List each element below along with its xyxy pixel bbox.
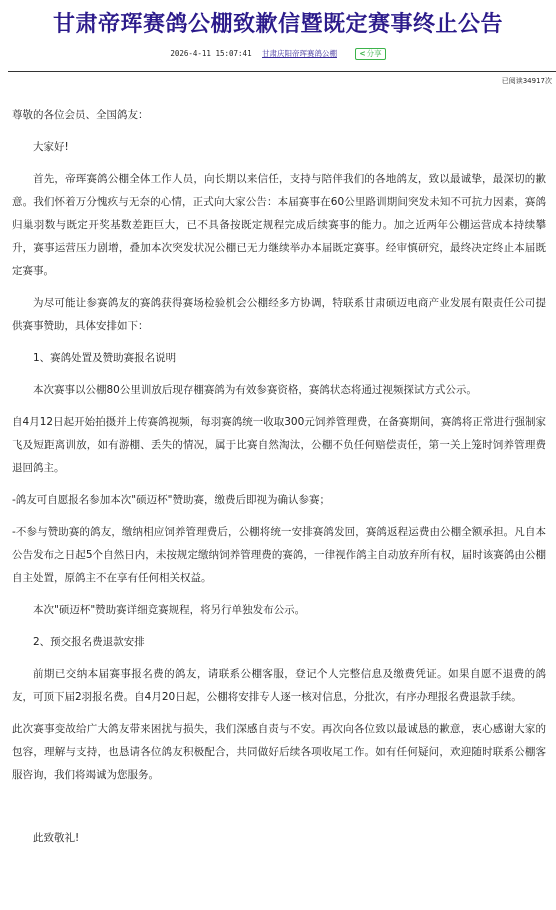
paragraph-closing-apology: 此次赛事变故给广大鸽友带来困扰与损失，我们深感自责与不安。再次向各位致以最诚恳的… [12, 718, 546, 787]
article-body: 尊敬的各位会员、全国鸽友： 大家好! 首先，帝珲赛鸽公棚全体工作人员，向长期以来… [12, 104, 546, 859]
paragraph-video-fee: 自4月12日起开始拍摄并上传赛鸽视频，每羽赛鸽统一收取300元饲养管理费，在备赛… [12, 411, 546, 480]
paragraph-apology: 首先，帝珲赛鸽公棚全体工作人员，向长期以来信任，支持与陪伴我们的各地鸽友，致以最… [12, 168, 546, 283]
paragraph-refund: 前期已交纳本届赛事报名费的鸽友，请联系公棚客服，登记个人完整信息及缴费凭证。如果… [12, 663, 546, 709]
paragraph-sponsor: 为尽可能让参赛鸽友的赛鸽获得赛场检验机会公棚经多方协调，特联系甘肃硕迈电商产业发… [12, 292, 546, 338]
paragraph-rules: 本次"硕迈杯"赞助赛详细竞赛规程，将另行单独发布公示。 [12, 599, 546, 622]
source-link[interactable]: 甘肃庆阳帝珲赛鸽公棚 [262, 49, 337, 58]
paragraph-return: -不参与赞助赛的鸽友，缴纳相应饲养管理费后，公棚将统一安排赛鸽发回，赛鸽返程运费… [12, 521, 546, 590]
share-button[interactable]: <分享 [355, 48, 385, 60]
salutation: 尊敬的各位会员、全国鸽友： [12, 104, 546, 127]
article-meta: 2026-4-11 15:07:41 甘肃庆阳帝珲赛鸽公棚 <分享 [0, 47, 556, 61]
closing: 此致敬礼! [12, 827, 546, 850]
section-heading-2: 2、预交报名费退款安排 [12, 631, 546, 654]
greeting: 大家好! [12, 136, 546, 159]
paragraph-signup: -鸽友可自愿报名参加本次"硕迈杯"赞助赛，缴费后即视为确认参赛； [12, 489, 546, 512]
paragraph-eligibility: 本次赛事以公棚80公里训放后现存棚赛鸽为有效参赛资格，赛鸽状态将通过视频探试方式… [12, 379, 546, 402]
share-icon: < [359, 49, 365, 58]
page-title: 甘肃帝珲赛鸽公棚致歉信暨既定赛事终止公告 [0, 0, 556, 38]
publish-date: 2026-4-11 15:07:41 [170, 49, 251, 58]
view-count: 已阅读34917次 [502, 76, 552, 86]
header-divider [8, 71, 556, 72]
share-label: 分享 [367, 49, 382, 58]
section-heading-1: 1、赛鸽处置及赞助赛报名说明 [12, 347, 546, 370]
